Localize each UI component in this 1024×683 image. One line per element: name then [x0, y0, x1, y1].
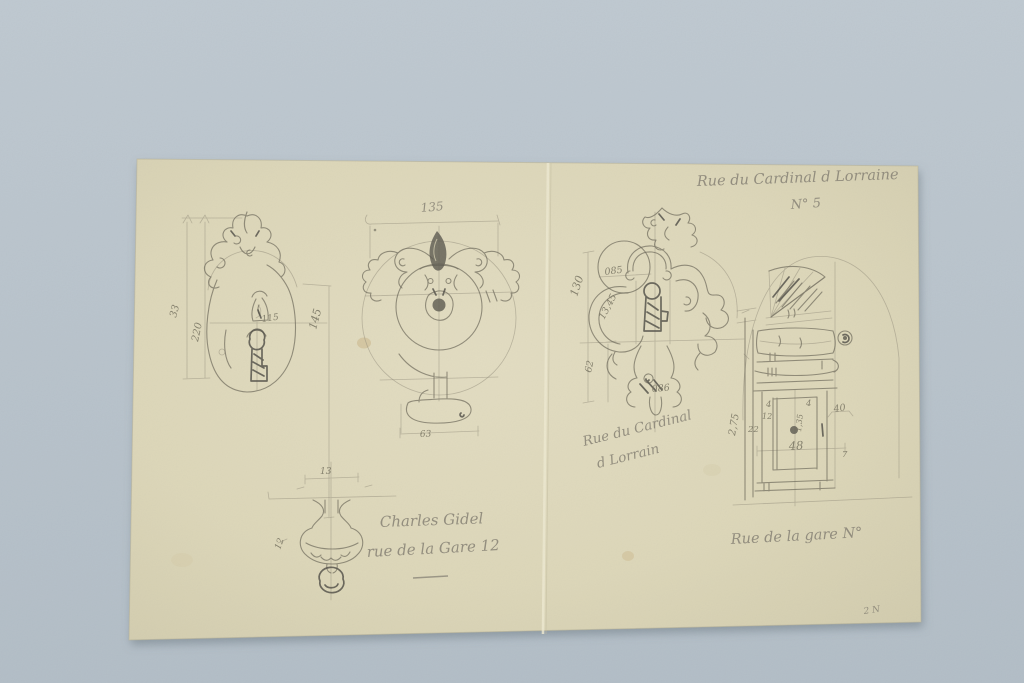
- digitized-sketch-photo: 33 220 115 145 135 63 13 12 130 085 13,4…: [0, 0, 1024, 683]
- photo-grain-overlay: [0, 0, 1024, 683]
- sketch-canvas: 33 220 115 145 135 63 13 12 130 085 13,4…: [0, 0, 1024, 683]
